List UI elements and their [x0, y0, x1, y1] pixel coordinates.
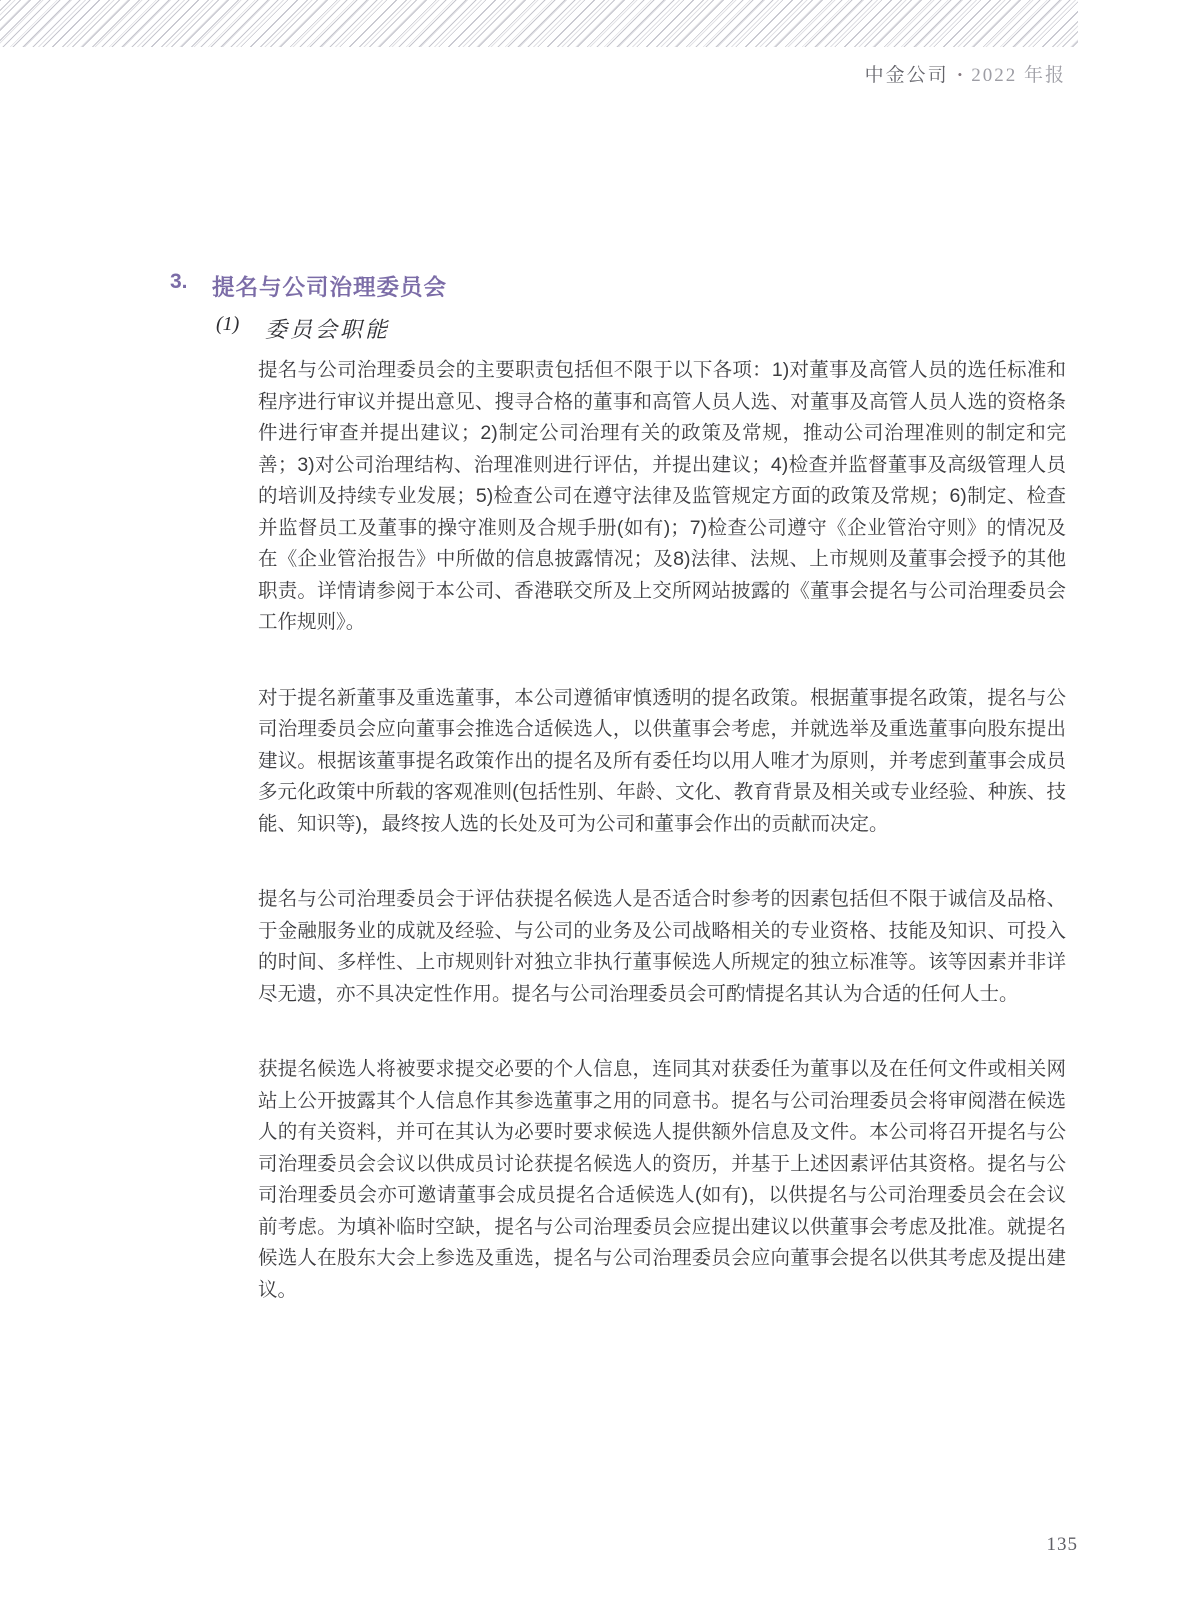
paragraph-nomination-policy: 对于提名新董事及重选董事，本公司遵循审慎透明的提名政策。根据董事提名政策，提名与…: [258, 683, 1066, 841]
diagonal-hatch-band: [0, 0, 1078, 47]
paragraph-committee-duties: 提名与公司治理委员会的主要职责包括但不限于以下各项：1)对董事及高管人员的选任标…: [258, 355, 1066, 639]
report-page: 中金公司•2022 年报 3. 提名与公司治理委员会 (1) 委员会职能 提名与…: [0, 0, 1190, 1615]
body-copy: 提名与公司治理委员会的主要职责包括但不限于以下各项：1)对董事及高管人员的选任标…: [258, 355, 1066, 1306]
running-header: 中金公司•2022 年报: [865, 60, 1066, 87]
section-title: 提名与公司治理委员会: [212, 270, 447, 302]
section-number: 3.: [170, 270, 212, 302]
report-edition: 2022 年报: [971, 65, 1066, 86]
page-number: 135: [1047, 1534, 1079, 1556]
paragraph-candidate-process: 获提名候选人将被要求提交必要的个人信息，连同其对获委任为董事以及在任何文件或相关…: [258, 1054, 1066, 1306]
company-name: 中金公司: [865, 65, 949, 86]
subsection-heading: (1) 委员会职能: [216, 313, 390, 344]
subsection-number: (1): [216, 313, 265, 344]
subsection-title: 委员会职能: [265, 313, 390, 344]
section-heading: 3. 提名与公司治理委员会: [170, 270, 447, 302]
bullet-separator-icon: •: [958, 67, 963, 82]
paragraph-candidate-factors: 提名与公司治理委员会于评估获提名候选人是否适合时参考的因素包括但不限于诚信及品格…: [258, 884, 1066, 1010]
